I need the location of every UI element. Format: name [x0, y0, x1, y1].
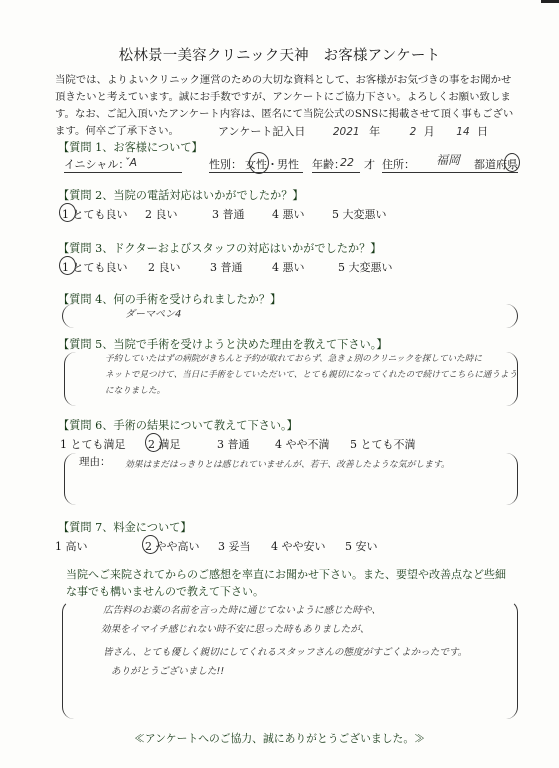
- address-label: 住所：: [382, 156, 415, 172]
- age-unit: 才: [364, 156, 375, 172]
- initial-value[interactable]: ˇA: [124, 156, 137, 169]
- sex-underline: [209, 172, 303, 173]
- sex-option-male[interactable]: 男性: [277, 156, 299, 172]
- q2-option-5[interactable]: 5 大変悪い: [332, 206, 387, 222]
- q3-options: 1 とても良い 2 良い 3 普通 4 悪い 5 大変悪い: [62, 259, 512, 275]
- q6-options: 1 とても満足 2 満足 3 普通 4 やや不満 5 とても不満: [60, 436, 515, 452]
- closing-answer-line-4: ありがとうございました!!: [111, 664, 224, 680]
- q7-option-4[interactable]: 4 やや安い: [271, 538, 326, 554]
- q1-customer-info: イニシャル： ˇA 性別： 女性 ・ 男性 年齢： 22 才 住所： 福岡 都道…: [64, 156, 514, 174]
- q2-heading: 【質問 2、当院の電話対応はいかがでしたか？】: [58, 187, 304, 203]
- sex-label: 性別：: [209, 156, 242, 172]
- q5-answer-line-2: ネットで見つけて、当日に手術をしていただいて、とても親切になってくれたので続けて…: [105, 367, 517, 383]
- closing-answer-line-1: 広告料のお薬の名前を言った時に通じてないように感じた時や、: [103, 603, 381, 619]
- date-label: アンケート記入日: [218, 125, 305, 138]
- q7-option-3[interactable]: 3 妥当: [218, 538, 251, 554]
- initial-underline: [64, 172, 182, 173]
- q7-option-1[interactable]: 1 高い: [55, 538, 88, 554]
- survey-date: アンケート記入日 2021 年 2 月 14 日: [218, 123, 488, 139]
- year-unit: 年: [369, 125, 380, 138]
- day-value[interactable]: 14: [456, 126, 469, 138]
- q6-reason: 効果はまだはっきりとは感じれていませんが、若干、改善したような気がします。: [125, 457, 450, 473]
- scan-corner-mark: [541, 0, 559, 3]
- q6-option-2[interactable]: 2 満足: [148, 436, 181, 452]
- q7-option-5[interactable]: 5 安い: [345, 538, 378, 554]
- q6-option-5[interactable]: 5 とても不満: [350, 436, 416, 452]
- q6-reason-box[interactable]: 理由： 効果はまだはっきりとは感じれていませんが、若干、改善したような気がします…: [64, 453, 518, 505]
- q3-option-4[interactable]: 4 悪い: [272, 259, 305, 275]
- q2-option-4[interactable]: 4 悪い: [272, 206, 305, 222]
- q5-answer-line-1: 予約していたはずの病院がきちんと予約が取れておらず、急きょ別のクリニックを探して…: [105, 351, 482, 367]
- q7-heading: 【質問 7、料金について】: [58, 519, 192, 535]
- age-value[interactable]: 22: [340, 156, 354, 169]
- closing-prompt: 当院へご来院されてからのご感想を率直にお聞かせ下さい。また、要望や改善点など些細…: [66, 566, 516, 600]
- q5-answer-box[interactable]: 予約していたはずの病院がきちんと予約が取れておらず、急きょ別のクリニックを探して…: [64, 352, 518, 406]
- q2-option-2[interactable]: 2 良い: [145, 206, 178, 222]
- q5-heading: 【質問 5、当院で手術を受けようと決めた理由を教えて下さい。】: [58, 336, 388, 352]
- survey-title: 松林景一美容クリニック天神 お客様アンケート: [0, 44, 559, 65]
- age-underline: [312, 172, 360, 173]
- sex-selection-circle: [249, 152, 269, 174]
- q6-heading: 【質問 6、手術の結果について教えて下さい。】: [58, 417, 298, 433]
- closing-answer-line-3: 皆さん、とても優しく親切にしてくれるスタッフさんの態度がすごくよかったです。: [103, 645, 467, 661]
- q3-heading: 【質問 3、ドクターおよびスタッフの対応はいかがでしたか？】: [58, 240, 381, 256]
- q3-option-3[interactable]: 3 普通: [210, 259, 243, 275]
- q3-option-2[interactable]: 2 良い: [148, 259, 181, 275]
- month-value[interactable]: 2: [410, 126, 417, 138]
- q1-heading: 【質問 1、お客様について】: [58, 139, 203, 155]
- address-value[interactable]: 福岡: [436, 151, 460, 168]
- thank-you-footer: ≪アンケートへのご協力、誠にありがとうございました。≫: [0, 731, 559, 746]
- q6-reason-label: 理由：: [79, 454, 111, 470]
- address-underline: [382, 172, 518, 173]
- q4-answer-box[interactable]: ダーマペン4: [62, 304, 518, 328]
- closing-answer-line-2: 効果をイマイチ感じれない時不安に思った時もありましたが、: [101, 622, 369, 638]
- q2-option-1[interactable]: 1 とても良い: [62, 206, 128, 222]
- q2-options: 1 とても良い 2 良い 3 普通 4 悪い 5 大変悪い: [62, 206, 512, 222]
- year-value[interactable]: 2021: [333, 126, 360, 138]
- q4-answer: ダーマペン4: [125, 307, 181, 323]
- q3-option-1[interactable]: 1 とても良い: [62, 259, 128, 275]
- prefecture-selection-circle: [504, 153, 520, 172]
- q7-option-2[interactable]: 2 やや高い: [145, 538, 200, 554]
- initial-label: イニシャル：: [64, 156, 129, 172]
- day-unit: 日: [477, 125, 488, 138]
- q7-options: 1 高い 2 やや高い 3 妥当 4 やや安い 5 安い: [55, 538, 510, 554]
- q2-option-3[interactable]: 3 普通: [212, 206, 245, 222]
- q6-option-1[interactable]: 1 とても満足: [60, 436, 126, 452]
- q6-option-3[interactable]: 3 普通: [217, 436, 250, 452]
- q3-option-5[interactable]: 5 大変悪い: [338, 259, 393, 275]
- closing-answer-box[interactable]: 広告料のお薬の名前を言った時に通じてないように感じた時や、 効果をイマイチ感じれ…: [62, 600, 518, 719]
- month-unit: 月: [424, 125, 435, 138]
- q6-option-4[interactable]: 4 やや不満: [275, 436, 330, 452]
- q5-answer-line-3: になりました。: [105, 383, 165, 399]
